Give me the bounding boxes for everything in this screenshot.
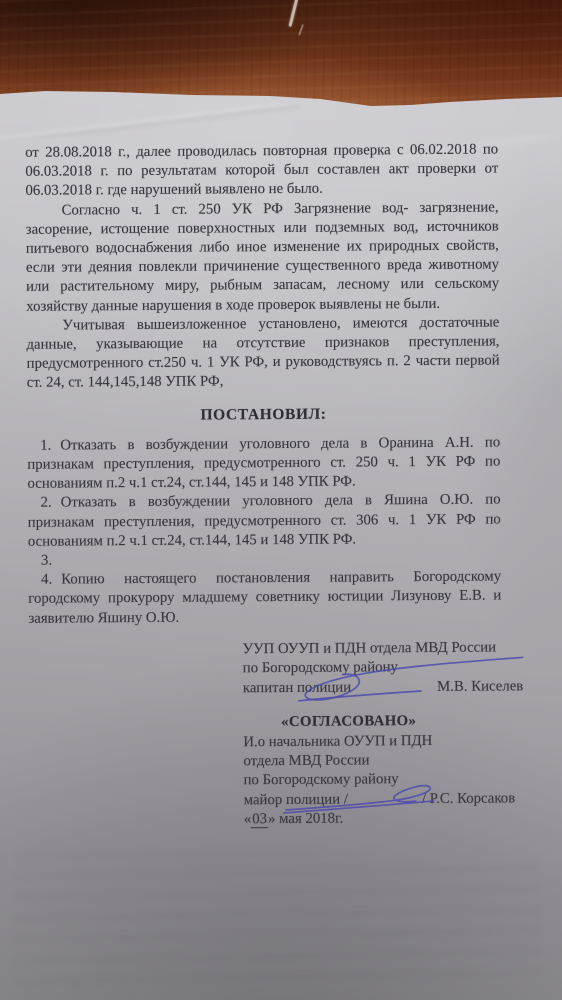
resolution-item: 1.Отказать в возбуждении уголовного дела… bbox=[27, 433, 500, 494]
approval-block: «СОГЛАСОВАНО» И.о начальника ОУУП и ПДН … bbox=[243, 712, 503, 830]
approval-org-line: отдела МВД России bbox=[243, 750, 502, 771]
signature-space bbox=[348, 803, 422, 804]
item-text: Отказать в возбуждении уголовного дела в… bbox=[28, 492, 501, 550]
item-number: 2. bbox=[41, 495, 52, 511]
reverse-side-bleedthrough bbox=[15, 852, 540, 984]
resolution-item: 2.Отказать в возбуждении уголовного дела… bbox=[28, 491, 501, 552]
signature-org-line: УУП ОУУП и ПДН отдела МВД России bbox=[243, 638, 502, 659]
item-number: 1. bbox=[40, 437, 51, 453]
document-text-block: от 28.08.2018 г., далее проводилась повт… bbox=[0, 0, 562, 831]
item-text: Копию настоящего постановления направить… bbox=[28, 569, 501, 627]
item-text: Отказать в возбуждении уголовного дела в… bbox=[27, 434, 500, 492]
item-number: 4. bbox=[41, 572, 52, 588]
signer-name: М.В. Киселев bbox=[437, 678, 523, 695]
paper-sheet: от 28.08.2018 г., далее проводилась повт… bbox=[0, 0, 562, 1000]
resolution-item: 4.Копию настоящего постановления направи… bbox=[28, 568, 501, 629]
signer-name: / Р.С. Корсаков bbox=[422, 790, 515, 807]
date-day: 03 bbox=[251, 811, 268, 828]
approval-rank-line: майор полиции // Р.С. Корсаков bbox=[244, 789, 503, 810]
signature-rank-line: капитан полицииМ.В. Киселев bbox=[243, 677, 502, 698]
body-paragraph: от 28.08.2018 г., далее проводилась повт… bbox=[25, 140, 498, 201]
approval-org-line: по Богородскому району bbox=[243, 770, 502, 791]
body-paragraph: Согласно ч. 1 ст. 250 УК РФ Загрязнение … bbox=[26, 198, 500, 317]
resolution-heading: ПОСТАНОВИЛ: bbox=[27, 403, 500, 426]
signature-org-line: по Богородскому району bbox=[243, 658, 502, 679]
desk-scratch-mark bbox=[288, 0, 298, 27]
approval-org-line: И.о начальника ОУУП и ПДН bbox=[243, 731, 502, 752]
date-rest: » мая 2018г. bbox=[268, 811, 343, 828]
item-number: 3. bbox=[41, 553, 52, 569]
document-photo: от 28.08.2018 г., далее проводилась повт… bbox=[0, 0, 562, 1000]
body-paragraph: Учитывая вышеизложенное установлено, име… bbox=[26, 313, 500, 393]
signature-space bbox=[351, 691, 437, 692]
rank-label: капитан полиции bbox=[243, 679, 351, 696]
desk-scratch-mark-small bbox=[298, 24, 304, 36]
rank-label: майор полиции / bbox=[244, 791, 348, 808]
approval-date-line: «03» мая 2018г. bbox=[244, 809, 503, 830]
signature-block: УУП ОУУП и ПДН отдела МВД России по Бого… bbox=[243, 638, 502, 698]
approval-heading: «СОГЛАСОВАНО» bbox=[281, 712, 502, 733]
